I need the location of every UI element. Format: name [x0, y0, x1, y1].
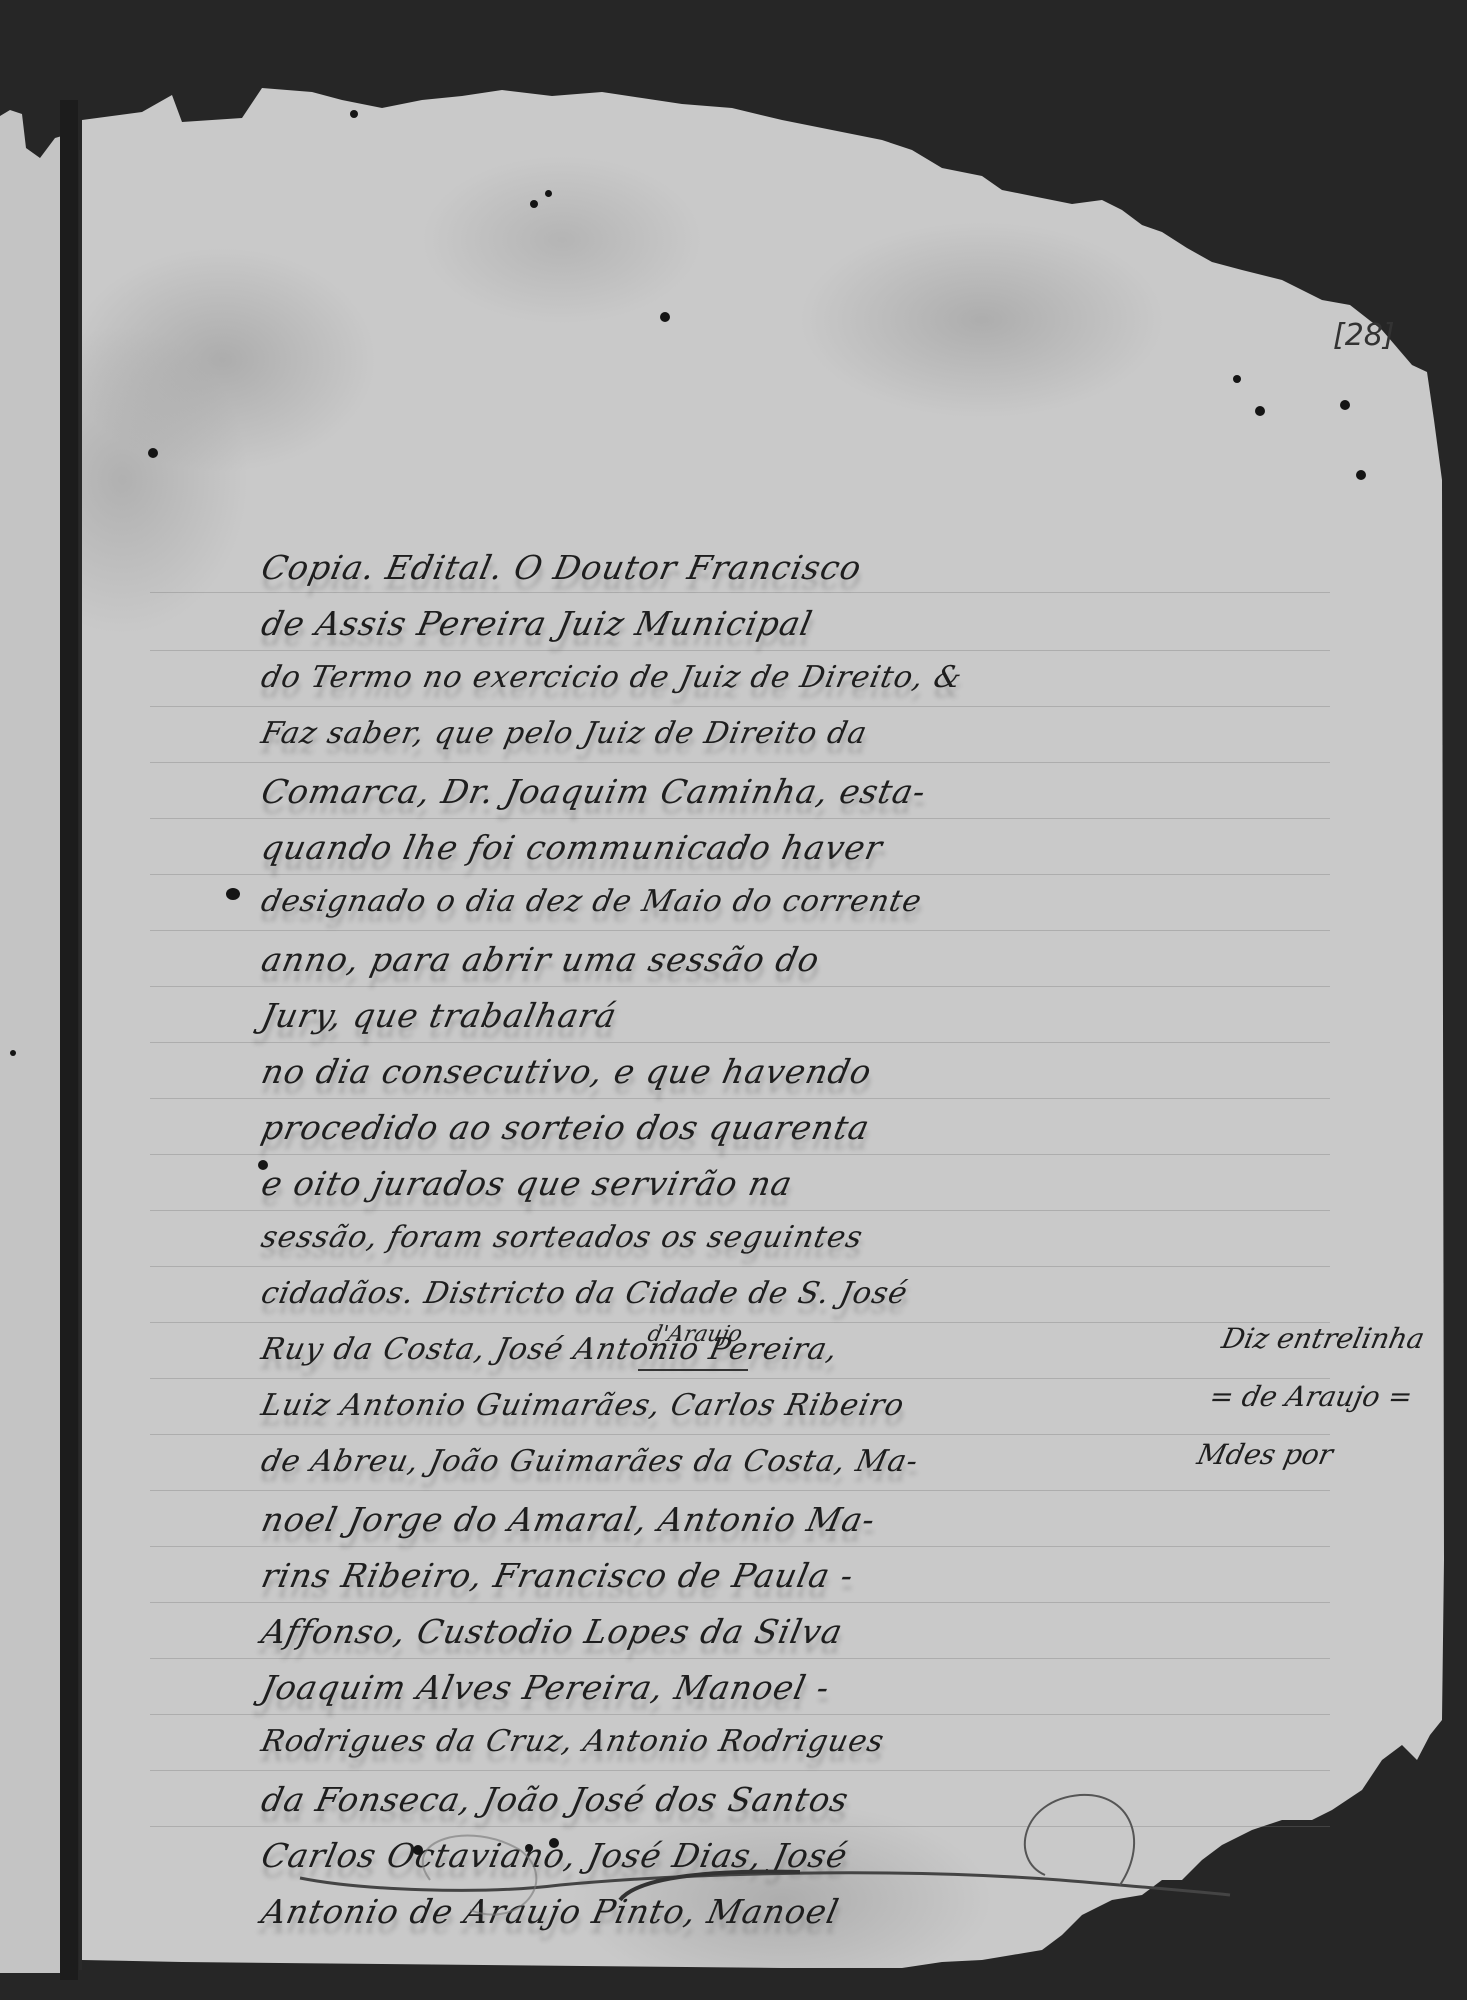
text-line: Joaquim Alves Pereira, Manoel -: [258, 1668, 834, 1707]
margin-note-line: Mdes por: [1192, 1426, 1434, 1484]
text-line: Antonio de Araujo Pinto, Manoel: [258, 1892, 843, 1931]
text-line: e oito jurados que servirão na: [258, 1164, 796, 1203]
text-line: Ruy da Costa, José Antonio Pereira,: [258, 1332, 841, 1367]
text-line: rins Ribeiro, Francisco de Paula -: [258, 1556, 858, 1595]
text-line: Rodrigues da Cruz, Antonio Rodrigues: [258, 1724, 888, 1759]
margin-note-line: Diz entrelinha: [1216, 1310, 1458, 1368]
text-line: Jury, que trabalhará: [258, 996, 621, 1035]
binding-gutter: [60, 100, 78, 1980]
text-line: anno, para abrir uma sessão do: [258, 940, 824, 979]
text-line: no dia consecutivo, e que havendo: [258, 1052, 876, 1091]
margin-note: Diz entrelinha = de Araujo = Mdes por: [1192, 1310, 1459, 1484]
text-line: Luiz Antonio Guimarães, Carlos Ribeiro: [258, 1388, 908, 1423]
text-line: Comarca, Dr. Joaquim Caminha, esta-: [258, 772, 930, 811]
page-number: [28]: [1333, 318, 1395, 353]
interlinear-insertion: d'Araujo: [645, 1322, 744, 1347]
text-line: designado o dia dez de Maio do corrente: [258, 884, 925, 919]
text-line: procedido ao sorteio dos quarenta: [258, 1108, 874, 1147]
text-line: Faz saber, que pelo Juiz de Direito da: [258, 716, 871, 751]
margin-note-line: = de Araujo =: [1204, 1368, 1446, 1426]
text-line: quando lhe foi communicado haver: [258, 828, 887, 867]
text-line: da Fonseca, João José dos Santos: [258, 1780, 853, 1819]
adjacent-page-edge: [0, 108, 62, 1973]
text-line: sessão, foram sorteados os seguintes: [258, 1220, 866, 1255]
text-line: Copia. Edital. O Doutor Francisco: [258, 548, 865, 587]
text-line: de Assis Pereira Juiz Municipal: [258, 604, 816, 643]
text-line: do Termo no exercicio de Juiz de Direito…: [258, 660, 966, 695]
text-line: de Abreu, João Guimarães da Costa, Ma-: [258, 1444, 922, 1479]
text-line: noel Jorge do Amaral, Antonio Ma-: [258, 1500, 879, 1539]
text-line: cidadãos. Districto da Cidade de S. José: [258, 1276, 911, 1311]
gutter-crease: [79, 150, 82, 1970]
text-line: Affonso, Custodio Lopes da Silva: [258, 1612, 847, 1651]
